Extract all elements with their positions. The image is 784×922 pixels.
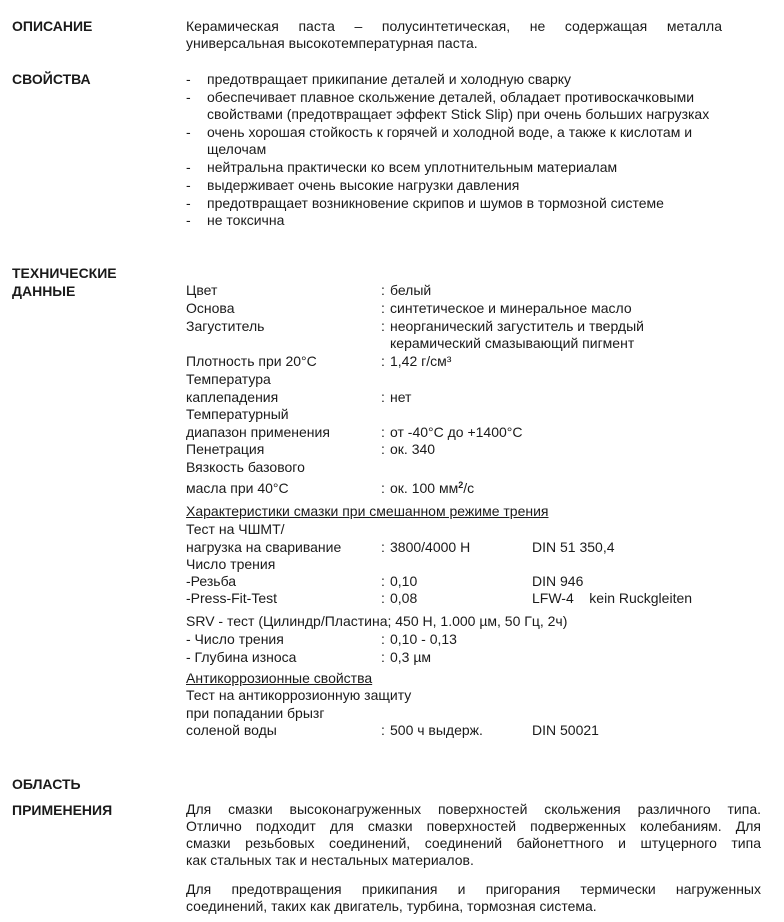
spec-colon: : — [381, 590, 385, 607]
section-heading-technical-2: ДАННЫЕ — [12, 283, 75, 299]
spec-standard: DIN 51 350,4 — [532, 539, 615, 556]
description-line: Керамическая паста – полусинтетическая, … — [186, 18, 722, 35]
spec-label: Загуститель — [186, 318, 264, 335]
spec-label: Пенетрация — [186, 441, 264, 458]
spec-label: Цвет — [186, 282, 217, 299]
spec-label: Вязкость базового — [186, 459, 305, 476]
application-paragraph-1: Для смазки высоконагруженных поверхносте… — [186, 801, 761, 869]
bullet-dash: - — [186, 177, 191, 194]
spec-value: 500 ч выдерж. — [390, 722, 483, 739]
spec-label: -Press-Fit-Test — [186, 590, 277, 607]
bullet-dash: - — [186, 195, 191, 212]
spec-label: -Резьба — [186, 573, 236, 590]
spec-value: от -40°C до +1400°C — [390, 424, 523, 441]
spec-label: - Глубина износа — [186, 649, 296, 666]
spec-colon: : — [381, 539, 385, 556]
spec-value: 1,42 г/см³ — [390, 353, 451, 370]
spec-colon: : — [381, 318, 385, 335]
section-heading-description: ОПИСАНИЕ — [12, 18, 92, 34]
spec-value: нет — [390, 389, 411, 406]
spec-label: Число трения — [186, 556, 275, 573]
bullet-dash: - — [186, 124, 191, 141]
spec-colon: : — [381, 300, 385, 317]
spec-value: 3800/4000 Н — [390, 539, 470, 556]
property-item: обеспечивает плавное скольжение деталей,… — [207, 89, 694, 106]
spec-colon: : — [381, 424, 385, 441]
spec-label-cont: диапазон применения — [186, 424, 330, 441]
bullet-dash: - — [186, 89, 191, 106]
spec-value: ок. 340 — [390, 441, 435, 458]
spec-label: Основа — [186, 300, 234, 317]
spec-label: Тест на антикоррозионную защиту — [186, 687, 411, 704]
spec-value: белый — [390, 282, 431, 299]
section-heading-application-1: ОБЛАСТЬ — [12, 776, 81, 792]
paragraph-line: как стальных так и нестальных материалов… — [186, 852, 761, 869]
spec-standard: DIN 50021 — [532, 722, 599, 739]
subheading-mixed-friction: Характеристики смазки при смешанном режи… — [186, 503, 549, 520]
spec-colon: : — [381, 573, 385, 590]
spec-label-cont: масла при 40°C — [186, 480, 289, 497]
spec-colon: : — [381, 722, 385, 739]
spec-value-cont: керамический смазывающий пигмент — [390, 335, 634, 352]
property-item-cont: щелочам — [207, 141, 266, 158]
spec-value: ок. 100 мм2/с — [390, 480, 474, 497]
spec-colon: : — [381, 649, 385, 666]
bullet-dash: - — [186, 212, 191, 229]
spec-value: 0,3 µм — [390, 649, 431, 666]
paragraph-line: соединений, таких как двигатель, турбина… — [186, 898, 761, 915]
spec-label-cont: каплепадения — [186, 389, 278, 406]
spec-colon: : — [381, 480, 385, 497]
section-heading-technical-1: ТЕХНИЧЕСКИЕ — [12, 265, 117, 281]
spec-label-cont: соленой воды — [186, 722, 277, 739]
property-item: выдерживает очень высокие нагрузки давле… — [207, 177, 519, 194]
paragraph-line: Для смазки высоконагруженных поверхносте… — [186, 801, 761, 818]
property-item: не токсична — [207, 212, 284, 229]
spec-colon: : — [381, 282, 385, 299]
spec-value: 0,10 — [390, 573, 417, 590]
paragraph-line: Для предотвращения прикипания и пригоран… — [186, 881, 761, 898]
spec-value: 0,10 - 0,13 — [390, 631, 457, 648]
spec-value: синтетическое и минеральное масло — [390, 300, 632, 317]
spec-colon: : — [381, 441, 385, 458]
paragraph-line: смазки резьбовых соединений, соединений … — [186, 835, 761, 852]
property-item: предотвращает возникновение скрипов и шу… — [207, 195, 664, 212]
spec-label: Температура — [186, 371, 271, 388]
spec-label: Тест на ЧШМТ/ — [186, 521, 285, 538]
bullet-dash: - — [186, 159, 191, 176]
section-heading-properties: СВОЙСТВА — [12, 71, 91, 87]
srv-test-title: SRV - тест (Цилиндр/Пластина; 450 Н, 1.0… — [186, 613, 567, 630]
subheading-anticorrosion: Антикоррозионные свойства — [186, 670, 372, 687]
description-line: универсальная высокотемпературная паста. — [186, 35, 722, 52]
property-item-cont: свойствами (предотвращает эффект Stick S… — [207, 106, 709, 123]
spec-colon: : — [381, 389, 385, 406]
spec-colon: : — [381, 631, 385, 648]
spec-label-cont: при попадании брызг — [186, 705, 324, 722]
application-paragraph-2: Для предотвращения прикипания и пригоран… — [186, 881, 761, 915]
spec-label: Плотность при 20°C — [186, 353, 317, 370]
spec-value: неорганический загуститель и твердый — [390, 318, 644, 335]
spec-standard: DIN 946 — [532, 573, 583, 590]
property-item: очень хорошая стойкость к горячей и холо… — [207, 124, 692, 141]
section-heading-application-2: ПРИМЕНЕНИЯ — [12, 802, 112, 818]
viscosity-suffix: /с — [463, 480, 474, 496]
spec-value: 0,08 — [390, 590, 417, 607]
bullet-dash: - — [186, 71, 191, 88]
spec-label: - Число трения — [186, 631, 284, 648]
spec-colon: : — [381, 353, 385, 370]
viscosity-value: ок. 100 мм — [390, 480, 458, 496]
spec-label: Температурный — [186, 406, 289, 423]
property-item: нейтральна практически ко всем уплотните… — [207, 159, 617, 176]
description-text: Керамическая паста – полусинтетическая, … — [186, 18, 722, 52]
spec-standard: LFW-4 kein Ruckgleiten — [532, 590, 692, 607]
spec-label-cont: нагрузка на сваривание — [186, 539, 341, 556]
property-item: предотвращает прикипание деталей и холод… — [207, 71, 571, 88]
paragraph-line: Отлично подходит для смазки поверхностей… — [186, 818, 761, 835]
